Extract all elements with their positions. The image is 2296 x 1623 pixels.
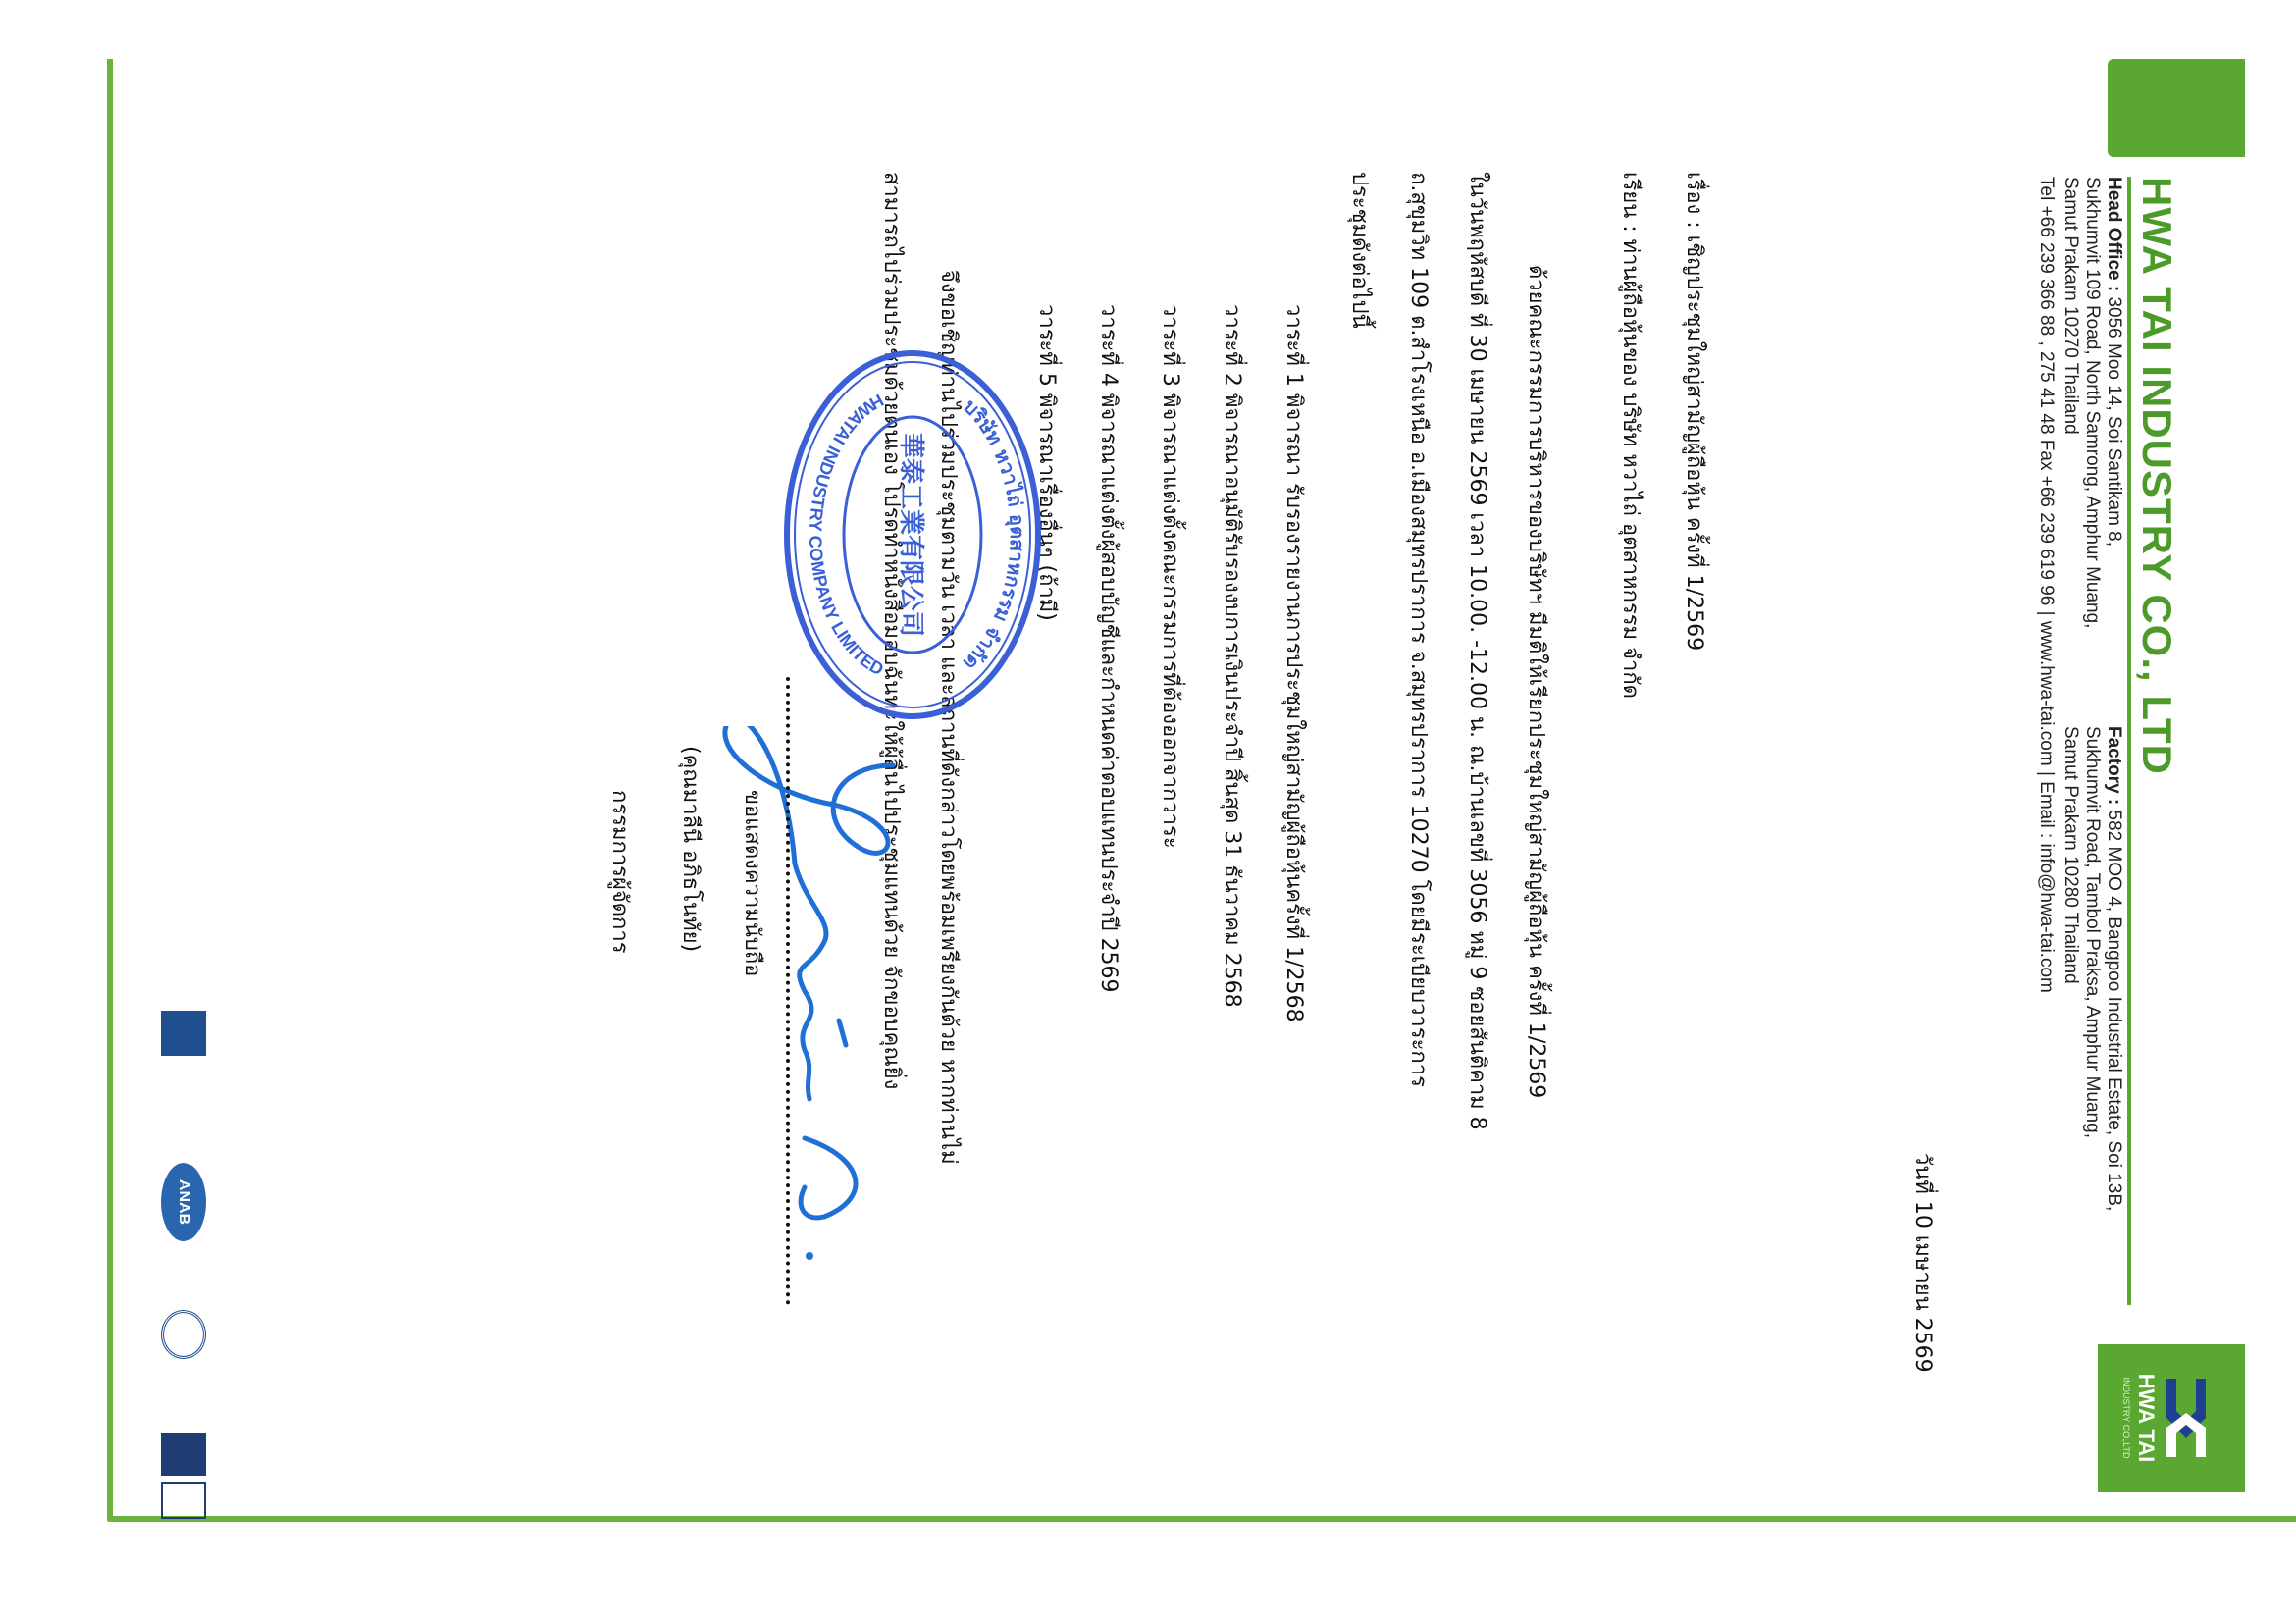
company-name: HWA TAI INDUSTRY CO., LTD xyxy=(2133,177,2180,775)
head-office-label: Head Office : xyxy=(2104,177,2124,291)
company-stamp: บริษัท หวาไถ่ อุตสาหกรรม จำกัด HWATAI IN… xyxy=(780,348,1045,721)
body-line: ในวันพฤหัสบดี ที่ 30 เมษายน 2569 เวลา 10… xyxy=(1447,172,1506,1545)
signature-label: ขอแสดงความนับถือ xyxy=(736,790,770,976)
signature-line xyxy=(786,677,790,1305)
agenda-item: วาระที่ 2 พิจารณาอนุมัติรับรองงบการเงินป… xyxy=(1216,304,1250,1008)
svg-text:INDUSTRY CO.,LTD: INDUSTRY CO.,LTD xyxy=(2121,1377,2131,1459)
anab-badge-icon: ANAB xyxy=(161,1163,206,1241)
letter-date: วันที่ 10 เมษายน 2569 xyxy=(1906,1153,1941,1373)
footer-side-rule xyxy=(108,1516,2296,1522)
signer-title: กรรมการผู้จัดการ xyxy=(603,790,638,954)
body-line: ประชุมดังต่อไปนี้ xyxy=(1330,172,1388,1545)
footer-bottom-rule xyxy=(107,59,113,1521)
svg-text:HWA TAI: HWA TAI xyxy=(2134,1374,2159,1462)
intertek-icon xyxy=(161,1433,206,1476)
head-office-address: Head Office : 3056 Moo 14, Soi Santikam … xyxy=(2060,177,2124,726)
agenda-item: วาระที่ 4 พิจารณาแต่งตั้งผู้สอบบัญชีและก… xyxy=(1092,304,1126,993)
signer-name: (คุณมาลีนี อภิธโนทัย) xyxy=(674,746,708,952)
agenda-item: วาระที่ 1 พิจารณา รับรองรายงานการประชุมใ… xyxy=(1278,304,1312,1022)
agenda-item: วาระที่ 3 พิจารณาแต่งตั้งคณะกรรมการที่ต้… xyxy=(1154,304,1188,849)
system-certification-icon xyxy=(161,1482,206,1519)
round-seal-icon xyxy=(161,1310,206,1359)
header-divider xyxy=(2127,177,2131,1305)
contact-line: Tel +66 239 366 88 , 275 41 48 Fax +66 2… xyxy=(2035,177,2057,993)
header-green-tab xyxy=(2108,59,2245,157)
letter-salutation: เรียน : ท่านผู้ถือหุ้นของ บริษัท หวาไถ่ … xyxy=(1614,172,1648,699)
body-line: ด้วยคณะกรรมการบริหารของบริษัทฯ มีมติให้เ… xyxy=(1506,172,1565,1545)
svg-text:華泰工業有限公司: 華泰工業有限公司 xyxy=(896,433,926,637)
hwa-tai-logo-icon: HWA TAI INDUSTRY CO.,LTD xyxy=(2098,1344,2245,1492)
factory-address: Factory : 582 MOO 4, Bangpoo Industrial … xyxy=(2060,726,2124,1305)
body-line: ถ.สุขุมวิท 109 ต.สำโรงเหนือ อ.เมืองสมุทร… xyxy=(1388,172,1447,1545)
company-logo: HWA TAI INDUSTRY CO.,LTD xyxy=(2098,1344,2245,1492)
letter-page: HWA TAI INDUSTRY CO., LTD Head Office : … xyxy=(0,0,2296,1623)
letter-subject: เรื่อง : เชิญประชุมใหญ่สามัญผู้ถือหุ้น ค… xyxy=(1678,172,1712,651)
letter-body: ด้วยคณะกรรมการบริหารของบริษัทฯ มีมติให้เ… xyxy=(1330,172,1565,1545)
factory-label: Factory : xyxy=(2104,726,2124,805)
quality-mark-icon xyxy=(161,1011,206,1056)
